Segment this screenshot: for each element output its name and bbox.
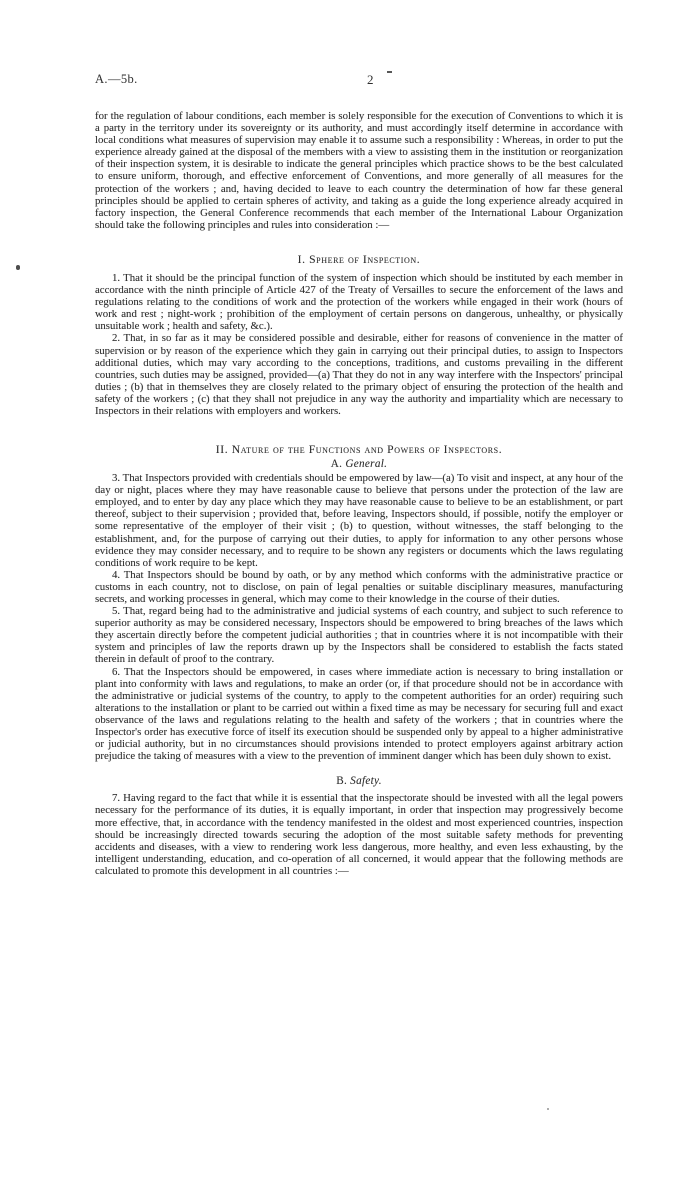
subsection-a-prefix: A. bbox=[331, 458, 342, 470]
ink-mark-above-page-number bbox=[387, 71, 392, 73]
section-1-heading: I. Sphere of Inspection. bbox=[95, 253, 623, 266]
running-header: A.—5b. 2 bbox=[95, 72, 623, 90]
paragraph-1: 1. That it should be the principal funct… bbox=[95, 272, 623, 332]
paragraph-7: 7. Having regard to the fact that while … bbox=[95, 792, 623, 877]
doc-reference: A.—5b. bbox=[95, 72, 138, 87]
paragraph-2: 2. That, in so far as it may be consider… bbox=[95, 332, 623, 417]
page-number: 2 bbox=[367, 72, 374, 88]
ink-speck-left-margin bbox=[16, 265, 20, 270]
subsection-b-prefix: B. bbox=[336, 775, 347, 787]
intro-paragraph: for the regulation of labour conditions,… bbox=[95, 110, 623, 231]
document-page: A.—5b. 2 for the regulation of labour co… bbox=[0, 0, 700, 1177]
paragraph-6: 6. That the Inspectors should be empower… bbox=[95, 666, 623, 763]
subsection-b-title: Safety. bbox=[350, 775, 382, 787]
subsection-a-title: General. bbox=[345, 458, 387, 470]
subsection-a-heading: A. General. bbox=[95, 458, 623, 471]
document-body: for the regulation of labour conditions,… bbox=[95, 110, 623, 877]
section-2-heading: II. Nature of the Functions and Powers o… bbox=[95, 443, 623, 456]
paragraph-4: 4. That Inspectors should be bound by oa… bbox=[95, 569, 623, 605]
paragraph-5: 5. That, regard being had to the adminis… bbox=[95, 605, 623, 665]
paragraph-3: 3. That Inspectors provided with credent… bbox=[95, 472, 623, 569]
ink-dot-bottom bbox=[547, 1108, 549, 1110]
subsection-b-heading: B. Safety. bbox=[95, 775, 623, 788]
